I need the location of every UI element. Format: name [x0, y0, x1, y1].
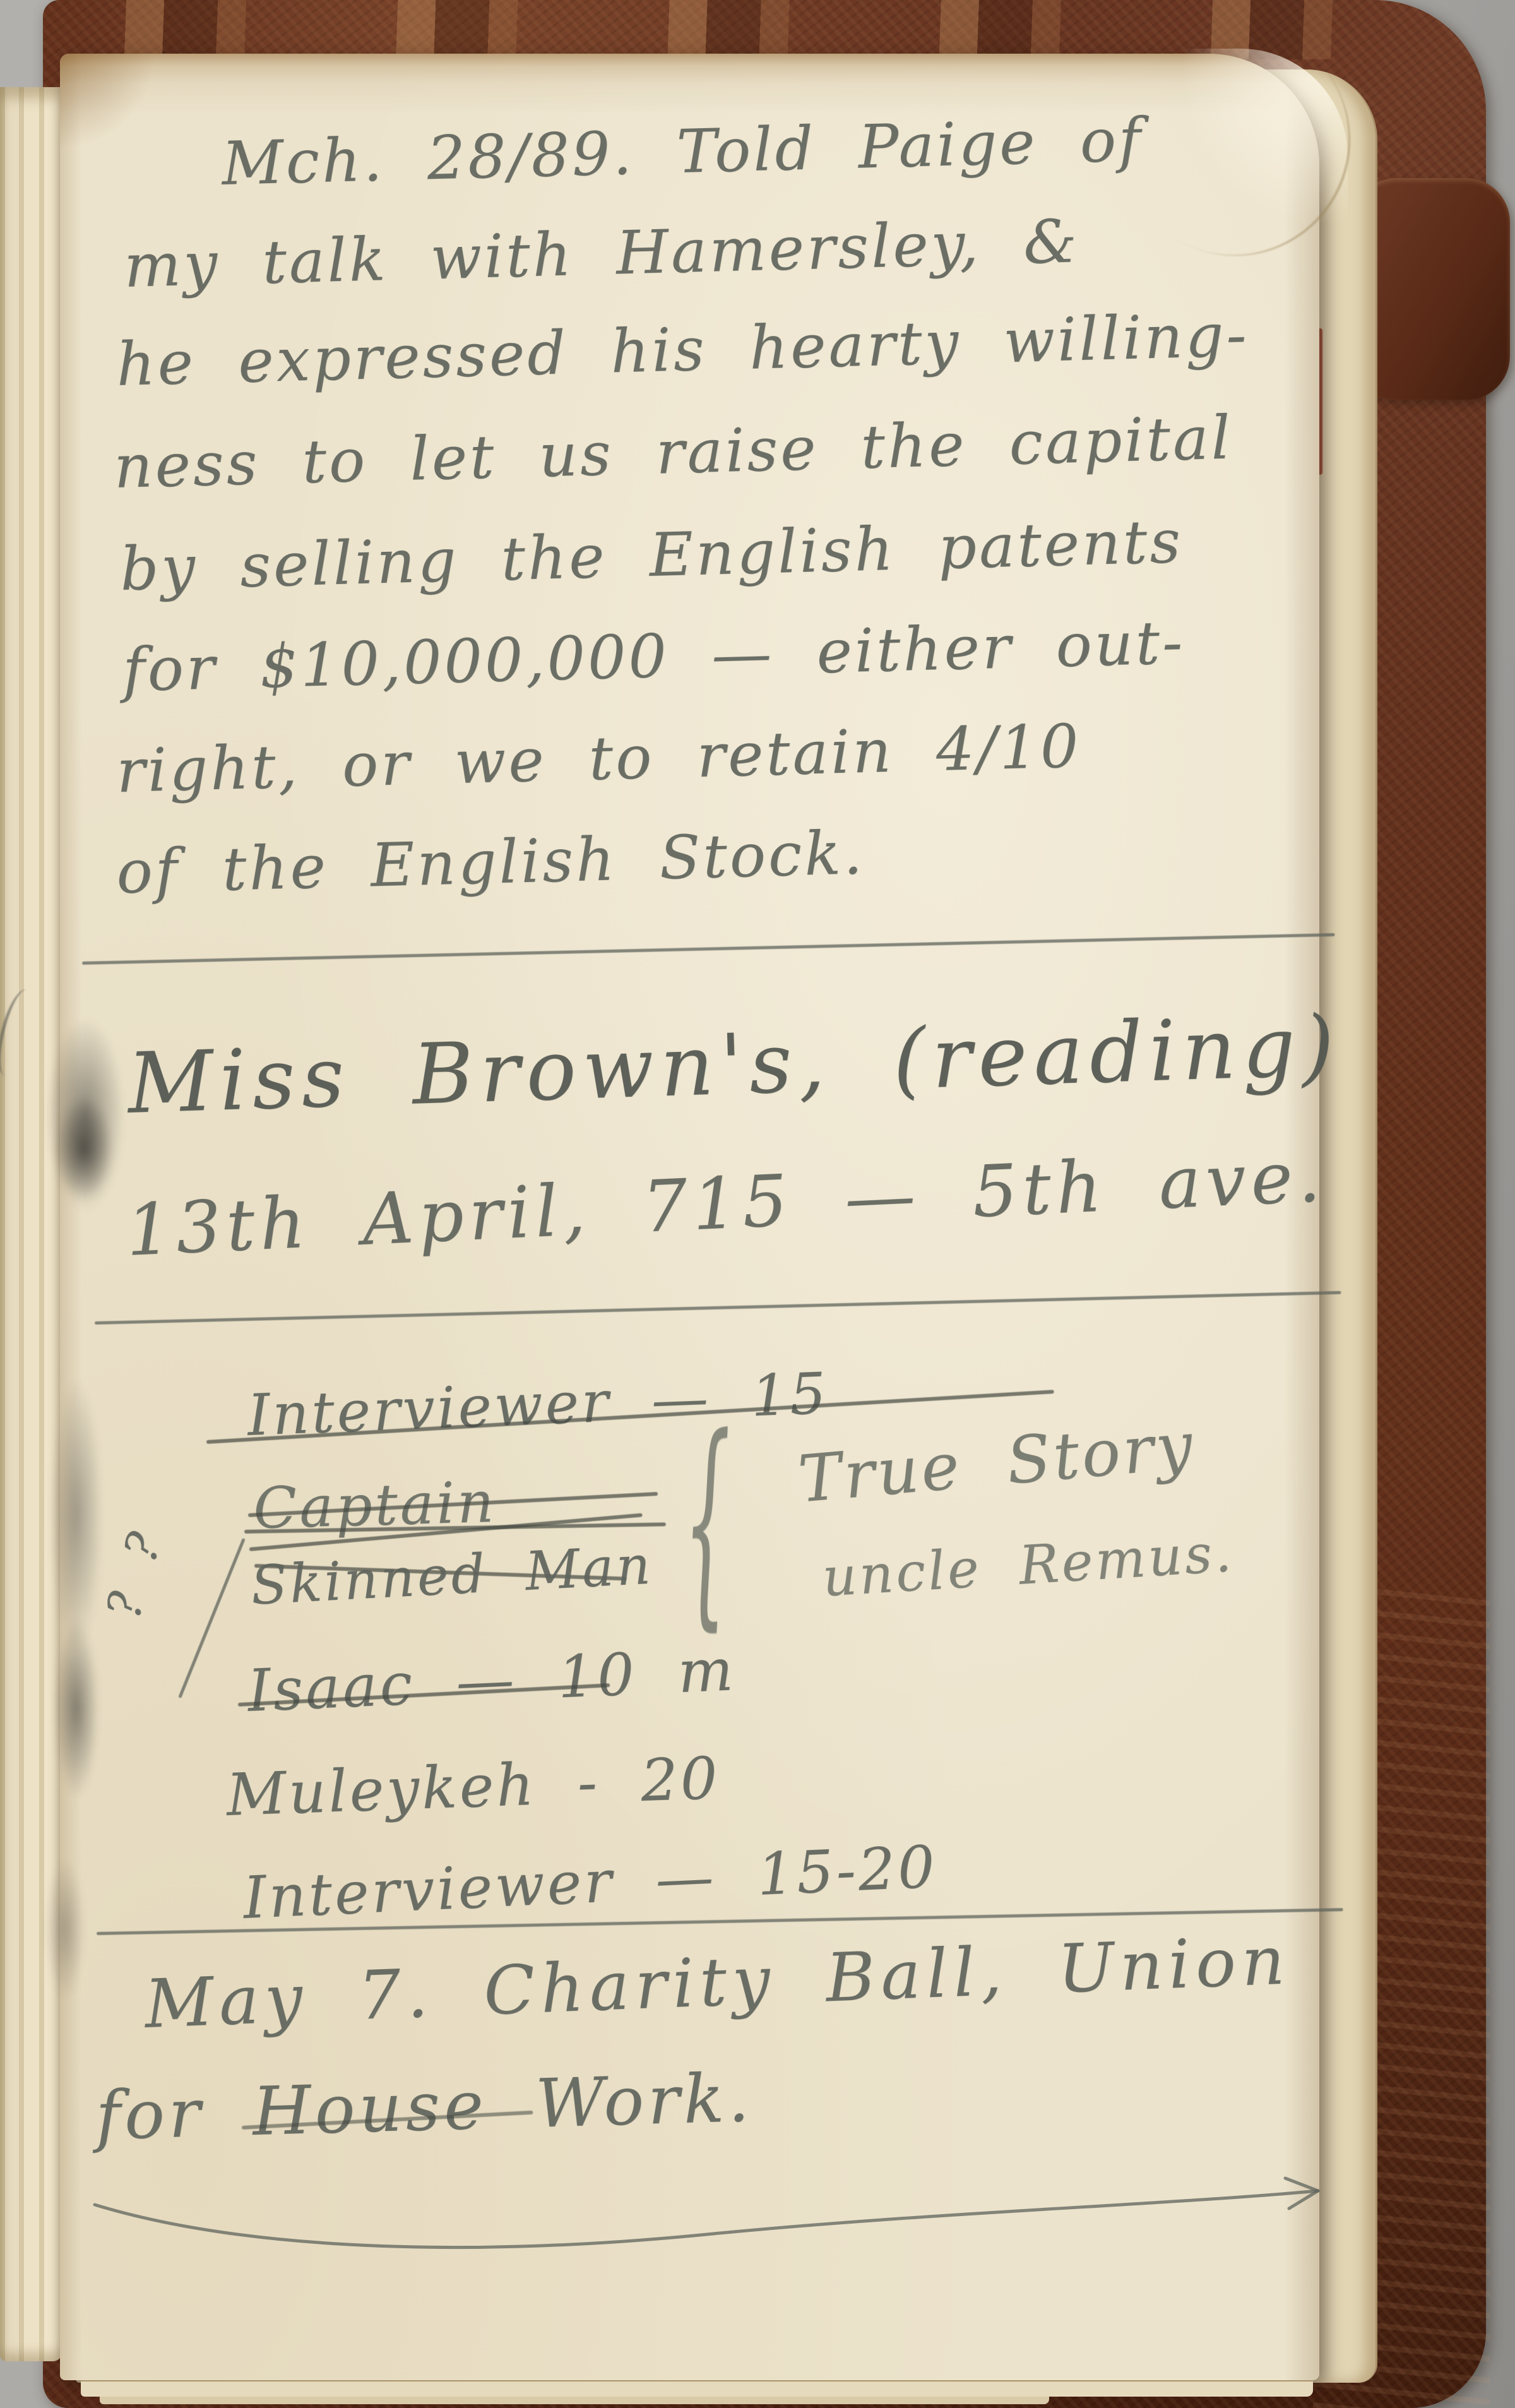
paige-entry-line-5: by selling the English patents — [119, 507, 1184, 604]
isaac-struck-word: Isaac — [246, 1650, 416, 1724]
flourish-arrow — [82, 2147, 1351, 2267]
paige-entry-line-4: ness to let us raise the capital — [113, 403, 1233, 502]
program-item-muleykeh: Muleykeh - 20 — [225, 1744, 721, 1829]
grouping-brace: { — [682, 1390, 733, 1653]
margin-smudge — [50, 1377, 103, 1652]
may-line2-prefix: for — [95, 2073, 254, 2155]
margin-smudge — [55, 1097, 113, 1200]
paige-entry-line-8: of the English Stock. — [116, 818, 865, 907]
margin-smudge — [45, 1858, 85, 2000]
photograph-backdrop: Mch. 28/89. Told Paige of my talk with H… — [0, 0, 1515, 2408]
section-divider-2 — [95, 1291, 1341, 1325]
brown-entry-line-1: Miss Brown's, (reading) — [126, 998, 1342, 1133]
program-item-isaac: Isaac — 10 m — [246, 1636, 737, 1725]
may-line2-suffix: Work. — [486, 2059, 754, 2144]
paige-entry-line-7: right, or we to retain 4/10 — [116, 712, 1082, 806]
program-item-interviewer-2: Interviewer — 15-20 — [242, 1833, 939, 1932]
notebook-page: Mch. 28/89. Told Paige of my talk with H… — [60, 54, 1319, 2380]
isaac-duration: — 10 m — [413, 1636, 737, 1717]
brown-entry-line-2: 13th April, 715 — 5th ave. — [124, 1136, 1327, 1272]
previous-pages-fore-edge — [0, 87, 62, 2361]
section-divider-1 — [82, 933, 1335, 965]
margin-slash-mark — [178, 1538, 246, 1698]
may-entry-line-1: May 7. Charity Ball, Union — [143, 1921, 1292, 2043]
house-struck-word: House — [251, 2066, 488, 2150]
paige-entry-line-1: Mch. 28/89. Told Paige of — [221, 105, 1144, 199]
margin-question-mark: ? — [113, 1523, 174, 1569]
margin-smudge — [54, 1618, 99, 1799]
paige-entry-line-2: my talk with Hamersley, & — [123, 206, 1080, 301]
paige-entry-line-6: for $10,000,000 — either out- — [122, 608, 1185, 705]
may-entry-line-2: for House Work. — [95, 2059, 754, 2155]
bottom-page-stack-edge — [100, 2397, 1049, 2404]
brace-note-line-1: True Story — [795, 1408, 1198, 1517]
paige-entry-line-3: he expressed his hearty willing- — [116, 301, 1250, 400]
bottom-page-stack-edge — [81, 2380, 1313, 2397]
program-item-skinned-man: Skinned Man — [249, 1534, 655, 1617]
brace-note-line-2: uncle Remus. — [821, 1522, 1235, 1609]
margin-question-mark: ? — [97, 1585, 155, 1623]
